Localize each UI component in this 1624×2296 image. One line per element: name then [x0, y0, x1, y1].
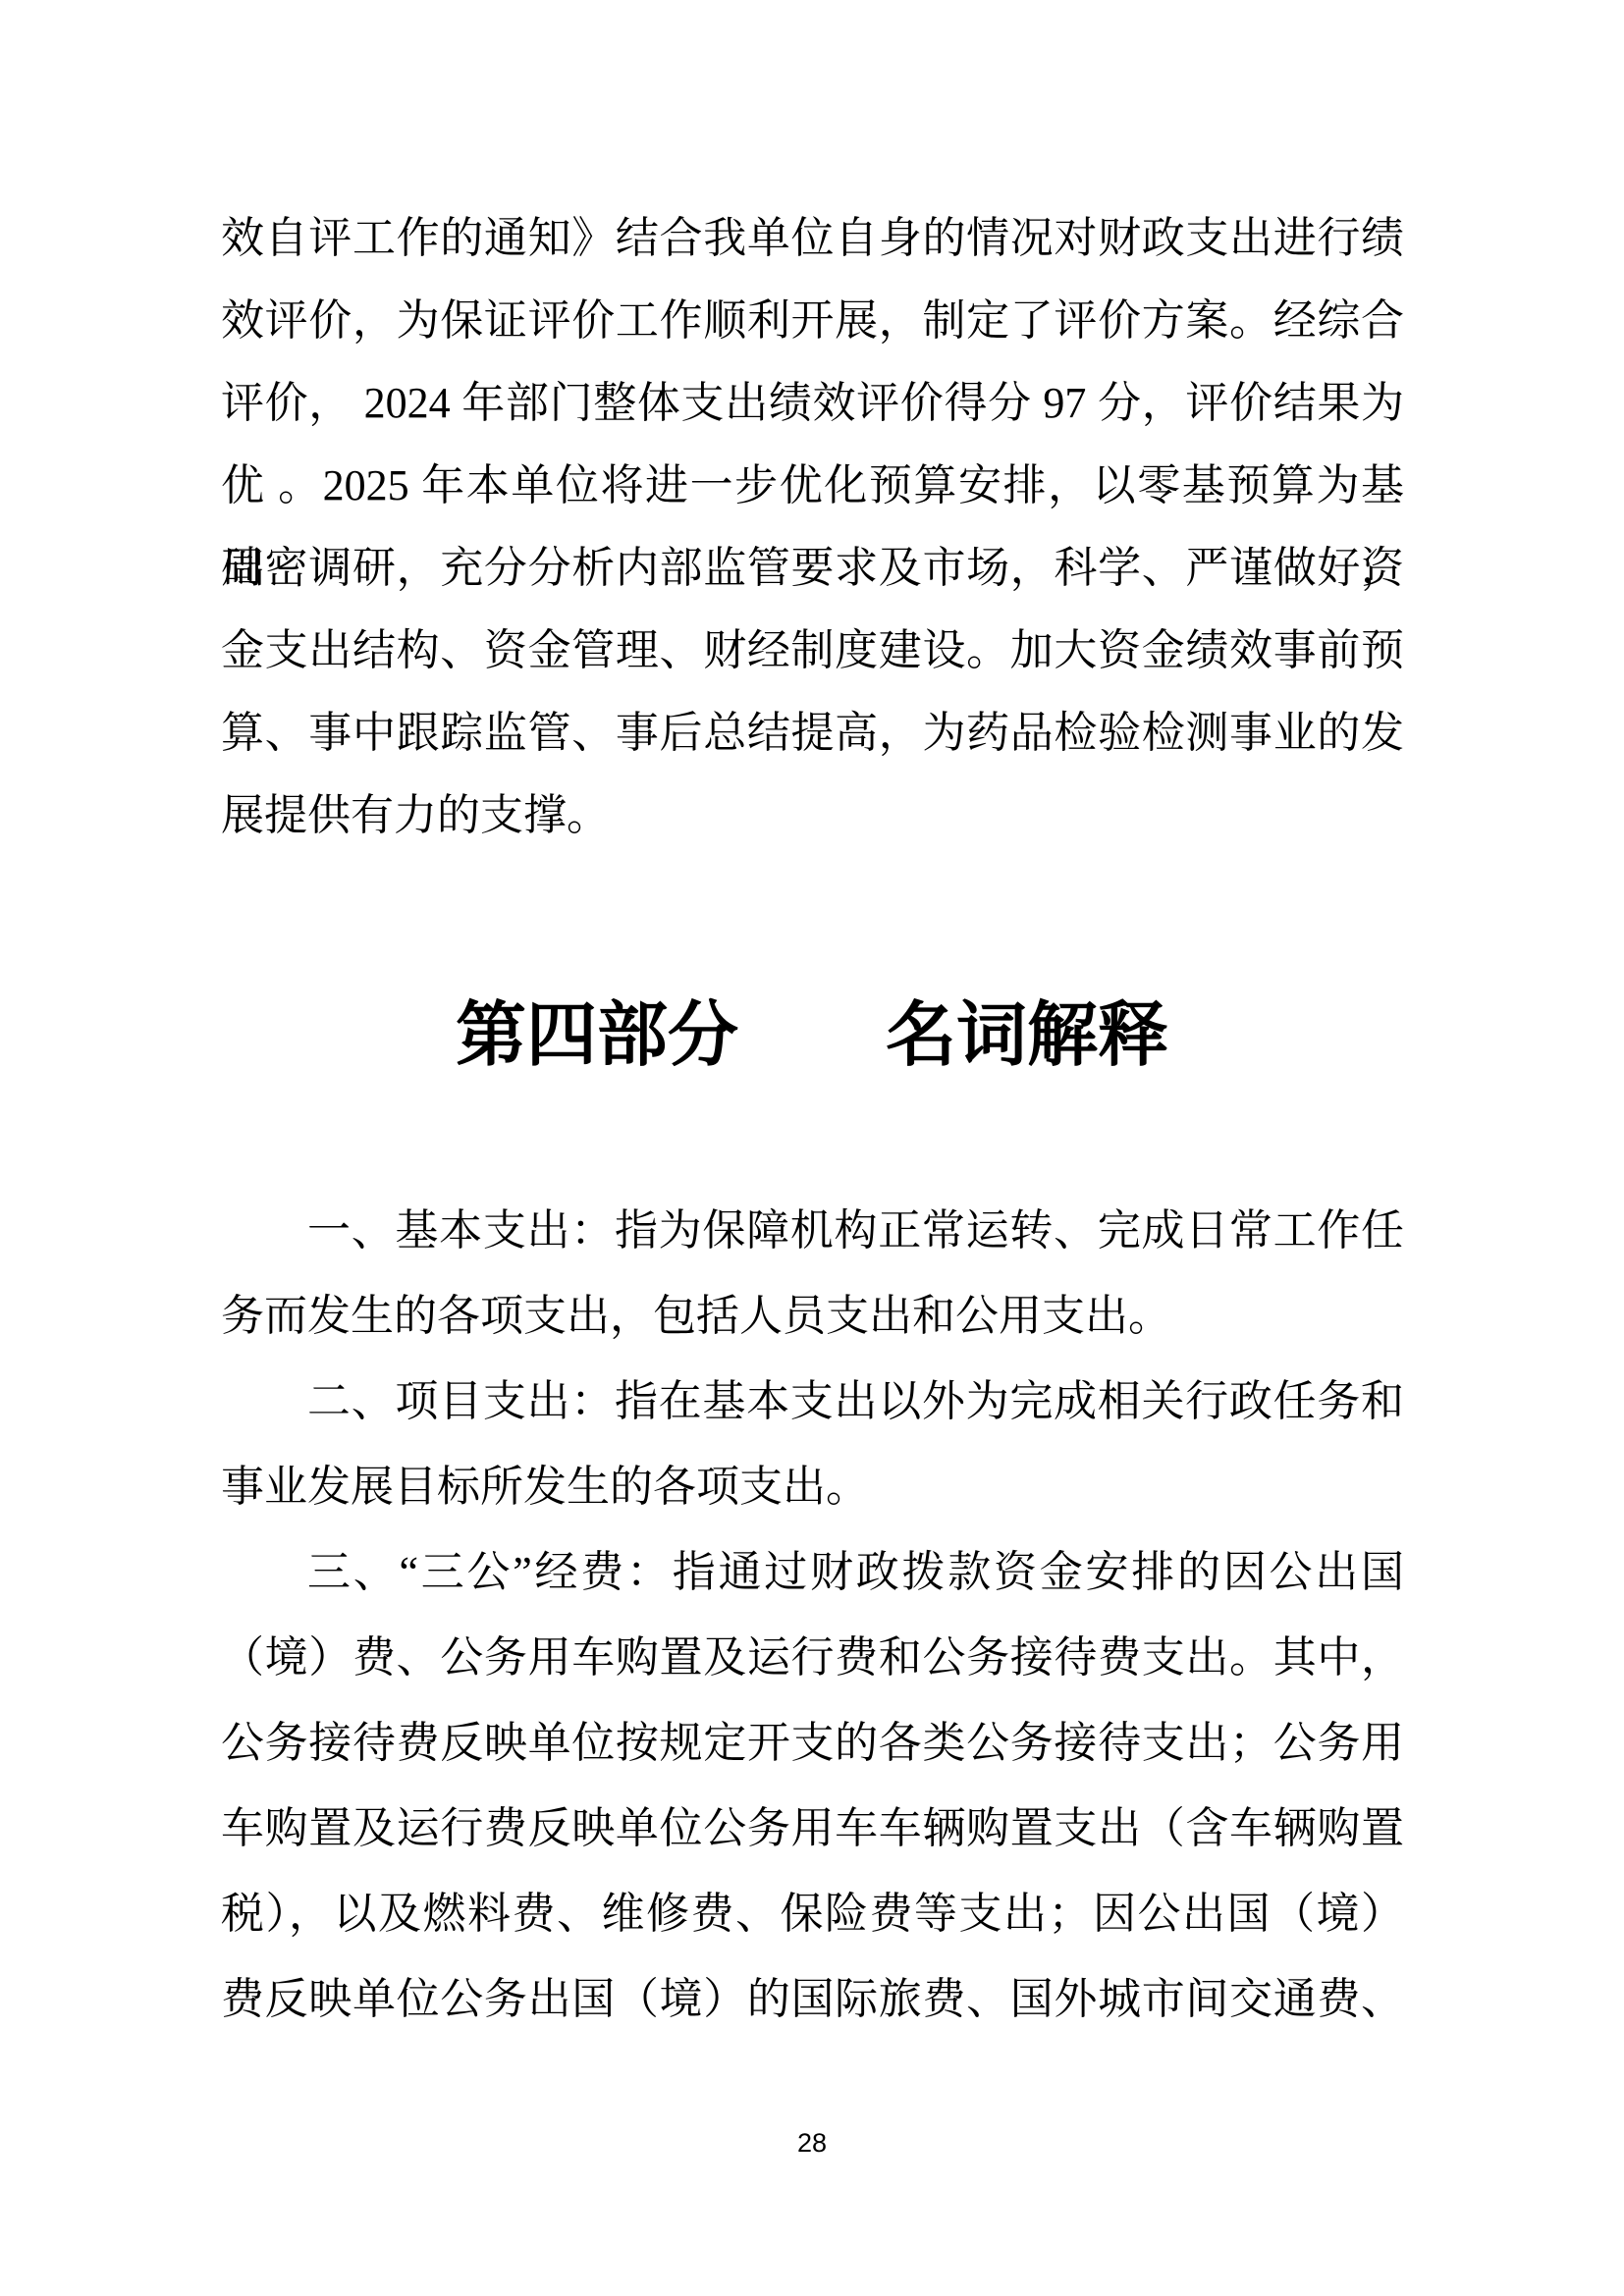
text-line: 效评价，为保证评价工作顺利开展，制定了评价方案。经综合	[221, 280, 1404, 362]
definition-line: 事业发展目标所发生的各项支出。	[221, 1444, 1404, 1529]
text-line: 优 。2025 年本单位将进一步优化预算安排，以零基预算为基础，	[221, 445, 1404, 527]
document-page: 效自评工作的通知》结合我单位自身的情况对财政支出进行绩 效评价，为保证评价工作顺…	[0, 0, 1624, 2296]
text-line: 周密调研，充分分析内部监管要求及市场，科学、严谨做好资	[221, 527, 1404, 610]
definition-line: 三、“三公”经费：指通过财政拨款资金安排的因公出国	[221, 1529, 1404, 1615]
text-line: 评价， 2024 年部门整体支出绩效评价得分 97 分，评价结果为	[221, 362, 1404, 445]
definition-line: 税），以及燃料费、维修费、保险费等支出；因公出国（境）	[221, 1871, 1404, 1956]
page-number: 28	[0, 2128, 1624, 2158]
section-number: 第四部分	[456, 992, 738, 1079]
text-line: 金支出结构、资金管理、财经制度建设。加大资金绩效事前预	[221, 610, 1404, 692]
definition-line: 一、基本支出：指为保障机构正常运转、完成日常工作任	[221, 1188, 1404, 1273]
definition-line: （境）费、公务用车购置及运行费和公务接待费支出。其中，	[221, 1615, 1404, 1700]
definitions-section: 一、基本支出：指为保障机构正常运转、完成日常工作任 务而发生的各项支出，包括人员…	[221, 1188, 1404, 2042]
closing-paragraph: 效自评工作的通知》结合我单位自身的情况对财政支出进行绩 效评价，为保证评价工作顺…	[221, 197, 1404, 857]
section-title: 名词解释	[886, 992, 1168, 1079]
definition-line: 二、项目支出：指在基本支出以外为完成相关行政任务和	[221, 1359, 1404, 1444]
text-line: 展提供有力的支撑。	[221, 774, 1404, 857]
definition-line: 费反映单位公务出国（境）的国际旅费、国外城市间交通费、	[221, 1956, 1404, 2042]
section-heading: 第四部分 名词解释	[0, 992, 1624, 1079]
definition-line: 务而发生的各项支出，包括人员支出和公用支出。	[221, 1273, 1404, 1359]
text-line: 算、事中跟踪监管、事后总结提高，为药品检验检测事业的发	[221, 692, 1404, 774]
definition-line: 公务接待费反映单位按规定开支的各类公务接待支出；公务用	[221, 1700, 1404, 1786]
definition-line: 车购置及运行费反映单位公务用车车辆购置支出（含车辆购置	[221, 1786, 1404, 1871]
text-line: 效自评工作的通知》结合我单位自身的情况对财政支出进行绩	[221, 197, 1404, 280]
